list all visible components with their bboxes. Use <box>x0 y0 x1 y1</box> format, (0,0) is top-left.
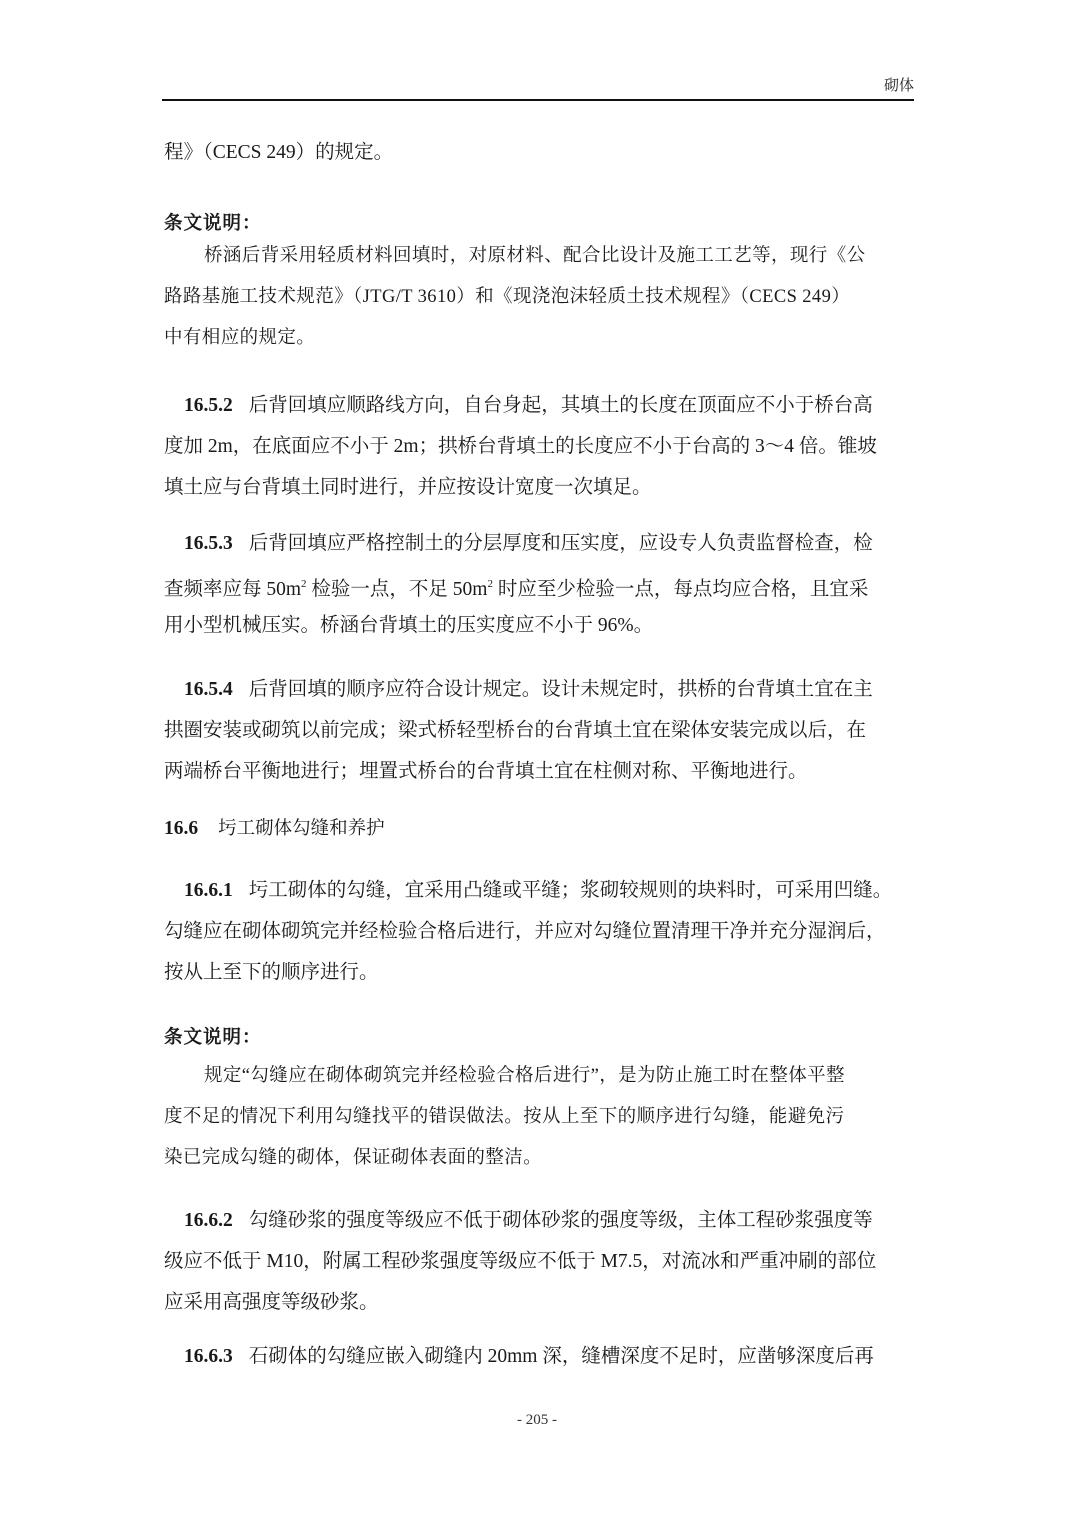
text-line: 桥涵后背采用轻质材料回填时，对原材料、配合比设计及施工工艺等，现行《公 <box>164 236 916 277</box>
clause-16-6-3: 16.6.3石砌体的勾缝应嵌入砌缝内 20mm 深，缝槽深度不足时，应凿够深度后… <box>164 1336 916 1377</box>
text-segment: 查频率应每 50m <box>164 579 301 600</box>
header-rule <box>162 99 914 101</box>
text-line: 按从上至下的顺序进行。 <box>164 952 916 993</box>
text-line: 后背回填的顺序应符合设计规定。设计未规定时，拱桥的台背填土宜在主 <box>249 679 873 700</box>
text-line: 中有相应的规定。 <box>164 318 916 359</box>
clause-16-5-2: 16.5.2后背回填应顺路线方向，自台身起，其填土的长度在顶面应不小于桥台高 度… <box>164 385 916 508</box>
explanation-title: 条文说明： <box>164 212 262 236</box>
text-line: 级应不低于 M10，附属工程砂浆强度等级应不低于 M7.5，对流冰和严重冲刷的部… <box>164 1241 916 1282</box>
clause-number: 16.6.1 <box>184 880 233 901</box>
text-line: 后背回填应顺路线方向，自台身起，其填土的长度在顶面应不小于桥台高 <box>249 395 873 416</box>
text-line: 勾缝应在砌体砌筑完并经检验合格后进行，并应对勾缝位置清理干净并充分湿润后， <box>164 911 916 952</box>
clause-number: 16.5.3 <box>184 533 233 554</box>
explanation-body: 桥涵后背采用轻质材料回填时，对原材料、配合比设计及施工工艺等，现行《公 路路基施… <box>164 236 916 359</box>
text-line: 两端桥台平衡地进行；埋置式桥台的台背填土宜在柱侧对称、平衡地进行。 <box>164 751 916 792</box>
text-line: 石砌体的勾缝应嵌入砌缝内 20mm 深，缝槽深度不足时，应凿够深度后再 <box>249 1346 874 1367</box>
text-line: 拱圈安装或砌筑以前完成；梁式桥轻型桥台的台背填土宜在梁体安装完成以后，在 <box>164 710 916 751</box>
text-line: 后背回填应严格控制土的分层厚度和压实度，应设专人负责监督检查，检 <box>249 533 873 554</box>
continuation-text: 程》（CECS 249）的规定。 <box>164 132 916 173</box>
section-heading: 16.6圬工砌体勾缝和养护 <box>164 814 385 844</box>
clause-16-6-2: 16.6.2勾缝砂浆的强度等级应不低于砌体砂浆的强度等级，主体工程砂浆强度等 级… <box>164 1200 916 1323</box>
text-segment: 时应至少检验一点，每点均应合格，且宜采 <box>493 579 868 600</box>
text-line: 度加 2m，在底面应不小于 2m；拱桥台背填土的长度应不小于台高的 3～4 倍。… <box>164 426 916 467</box>
page-number: - 205 - <box>0 1410 1074 1430</box>
document-page: 砌体 程》（CECS 249）的规定。 条文说明： 桥涵后背采用轻质材料回填时，… <box>0 0 1074 1520</box>
text-line: 圬工砌体的勾缝，宜采用凸缝或平缝；浆砌较规则的块料时，可采用凹缝。 <box>249 880 893 901</box>
explanation-title: 条文说明： <box>164 1026 262 1050</box>
text-line: 染已完成勾缝的砌体，保证砌体表面的整洁。 <box>164 1138 916 1179</box>
text-line: 查频率应每 50m2 检验一点，不足 50m2 时应至少检验一点，每点均应合格，… <box>164 564 916 605</box>
text-line: 度不足的情况下利用勾缝找平的错误做法。按从上至下的顺序进行勾缝，能避免污 <box>164 1097 916 1138</box>
text-line: 应采用高强度等级砂浆。 <box>164 1282 916 1323</box>
text-line: 填土应与台背填土同时进行，并应按设计宽度一次填足。 <box>164 467 916 508</box>
clause-16-5-3: 16.5.3后背回填应严格控制土的分层厚度和压实度，应设专人负责监督检查，检 查… <box>164 523 916 646</box>
text-segment: 检验一点，不足 50m <box>307 579 488 600</box>
clause-16-5-4: 16.5.4后背回填的顺序应符合设计规定。设计未规定时，拱桥的台背填土宜在主 拱… <box>164 669 916 792</box>
text-line: 勾缝砂浆的强度等级应不低于砌体砂浆的强度等级，主体工程砂浆强度等 <box>249 1210 873 1231</box>
explanation-body: 规定“勾缝应在砌体砌筑完并经检验合格后进行”，是为防止施工时在整体平整 度不足的… <box>164 1056 916 1179</box>
clause-number: 16.6.3 <box>184 1346 233 1367</box>
clause-number: 16.5.2 <box>184 395 233 416</box>
running-header-title: 砌体 <box>162 76 914 96</box>
text-line: 用小型机械压实。桥涵台背填土的压实度应不小于 96%。 <box>164 605 916 646</box>
text-line: 路路基施工技术规范》（JTG/T 3610）和《现浇泡沫轻质土技术规程》（CEC… <box>164 277 916 318</box>
clause-number: 16.5.4 <box>184 679 233 700</box>
clause-16-6-1: 16.6.1圬工砌体的勾缝，宜采用凸缝或平缝；浆砌较规则的块料时，可采用凹缝。 … <box>164 870 916 993</box>
section-number: 16.6 <box>164 818 198 839</box>
text-line: 程》（CECS 249）的规定。 <box>164 132 916 173</box>
clause-number: 16.6.2 <box>184 1210 233 1231</box>
section-title: 圬工砌体勾缝和养护 <box>218 818 385 839</box>
text-line: 规定“勾缝应在砌体砌筑完并经检验合格后进行”，是为防止施工时在整体平整 <box>164 1056 916 1097</box>
